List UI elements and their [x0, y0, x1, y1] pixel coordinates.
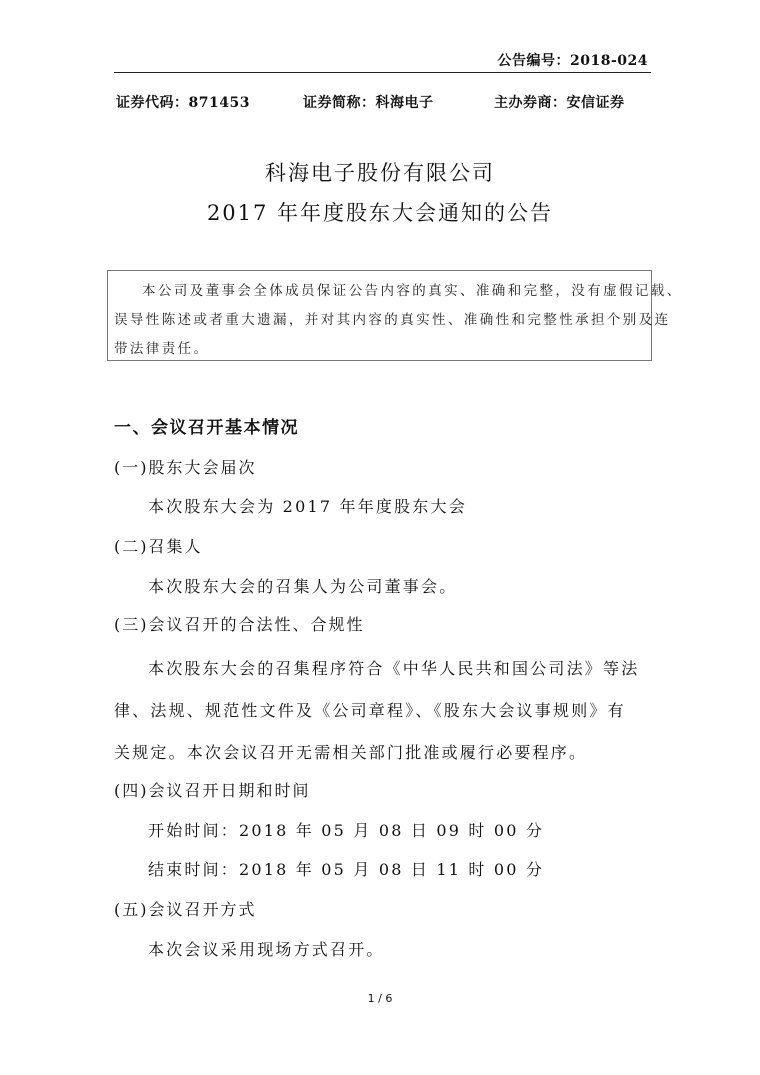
notice-title: 2017 年年度股东大会通知的公告 [0, 197, 760, 227]
paragraph-line: 本次股东大会的召集程序符合《中华人民共和国公司法》等法 [148, 656, 639, 679]
paragraph: 本次股东大会为 2017 年年度股东大会 [148, 494, 467, 517]
company-title: 科海电子股份有限公司 [0, 157, 760, 187]
disclaimer-line: 带法律责任。 [114, 337, 209, 357]
document-page: 公告编号：2018-024 证券代码：871453 证券简称：科海电子 主办券商… [0, 0, 760, 1075]
subsection-heading: (三)会议召开的合法性、合规性 [114, 612, 365, 635]
subsection-heading: (一)股东大会届次 [114, 455, 257, 478]
paragraph: 本次会议采用现场方式召开。 [148, 937, 385, 960]
start-time: 开始时间：2018 年 05 月 08 日 09 时 00 分 [148, 818, 544, 841]
disclaimer-line: 误导性陈述或者重大遗漏，并对其内容的真实性、准确性和完整性承担个别及连 [114, 308, 671, 328]
security-short-name: 证券简称：科海电子 [303, 92, 434, 112]
end-time: 结束时间：2018 年 05 月 08 日 11 时 00 分 [148, 857, 544, 880]
disclaimer-line: 本公司及董事会全体成员保证公告内容的真实、准确和完整，没有虚假记载、 [142, 279, 683, 299]
paragraph-line: 关规定。本次会议召开无需相关部门批准或履行必要程序。 [114, 740, 587, 763]
page-number: 1 / 6 [0, 992, 760, 1005]
header-rule [114, 72, 651, 73]
subsection-heading: (二)召集人 [114, 534, 203, 557]
paragraph: 本次股东大会的召集人为公司董事会。 [148, 574, 457, 597]
announcement-number: 公告编号：2018-024 [498, 50, 649, 70]
section-heading: 一、会议召开基本情况 [114, 413, 299, 438]
paragraph-line: 律、法规、规范性文件及《公司章程》、《股东大会议事规则》有 [114, 698, 626, 721]
subsection-heading: (四)会议召开日期和时间 [114, 778, 311, 801]
subsection-heading: (五)会议召开方式 [114, 897, 257, 920]
sponsor-broker: 主办券商：安信证券 [494, 92, 625, 112]
security-code: 证券代码：871453 [116, 92, 250, 112]
